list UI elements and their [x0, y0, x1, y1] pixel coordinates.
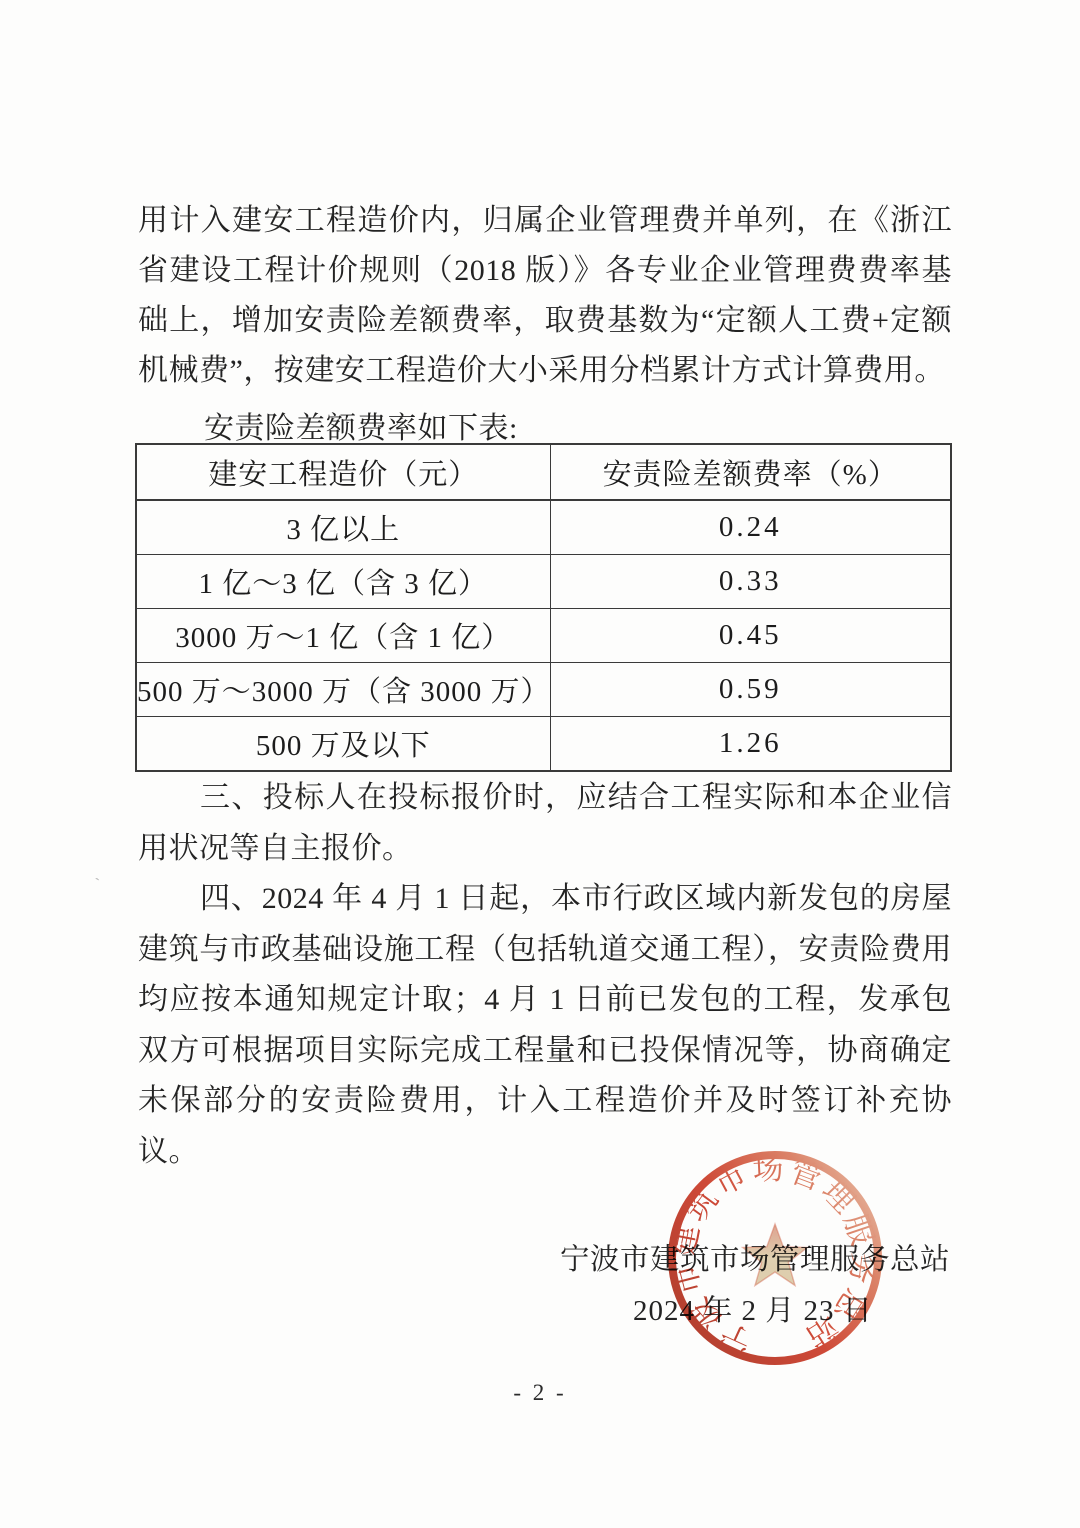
paragraph-continued: 用计入建安工程造价内，归属企业管理费并单列，在《浙江省建设工程计价规则（2018…: [138, 196, 952, 396]
rate-value-cell: 1.26: [550, 717, 951, 772]
cost-range-cell: 500 万～3000 万（含 3000 万）: [136, 663, 550, 717]
document-page: 用计入建安工程造价内，归属企业管理费并单列，在《浙江省建设工程计价规则（2018…: [0, 0, 1080, 1528]
cost-range-cell: 3000 万～1 亿（含 1 亿）: [136, 609, 550, 663]
paragraph-item-3: 三、投标人在投标报价时，应结合工程实际和本企业信用状况等自主报价。: [138, 772, 952, 874]
table-header-row: 建安工程造价（元） 安责险差额费率（%）: [136, 444, 951, 500]
paragraph-item-4: 四、2024 年 4 月 1 日起，本市行政区域内新发包的房屋建筑与市政基础设施…: [138, 874, 952, 1177]
rate-value-cell: 0.24: [550, 500, 951, 555]
table-row: 1 亿～3 亿（含 3 亿） 0.33: [136, 555, 951, 609]
table-row: 3 亿以上 0.24: [136, 500, 951, 555]
official-seal: 宁波市建筑市场管理服务总站: [658, 1141, 892, 1375]
table-row: 3000 万～1 亿（含 1 亿） 0.45: [136, 609, 951, 663]
table-row: 500 万及以下 1.26: [136, 717, 951, 772]
col-header-rate: 安责险差额费率（%）: [550, 444, 951, 500]
rate-value-cell: 0.59: [550, 663, 951, 717]
rate-value-cell: 0.33: [550, 555, 951, 609]
five-pointed-star-icon: [743, 1224, 808, 1286]
cost-range-cell: 1 亿～3 亿（含 3 亿）: [136, 555, 550, 609]
cost-range-cell: 3 亿以上: [136, 500, 550, 555]
table-row: 500 万～3000 万（含 3000 万） 0.59: [136, 663, 951, 717]
col-header-cost: 建安工程造价（元）: [136, 444, 550, 500]
scan-speck: ˋ: [94, 876, 103, 895]
page-number: - 2 -: [0, 1380, 1080, 1406]
rate-table: 建安工程造价（元） 安责险差额费率（%） 3 亿以上 0.24 1 亿～3 亿（…: [135, 443, 952, 772]
cost-range-cell: 500 万及以下: [136, 717, 550, 772]
rate-value-cell: 0.45: [550, 609, 951, 663]
